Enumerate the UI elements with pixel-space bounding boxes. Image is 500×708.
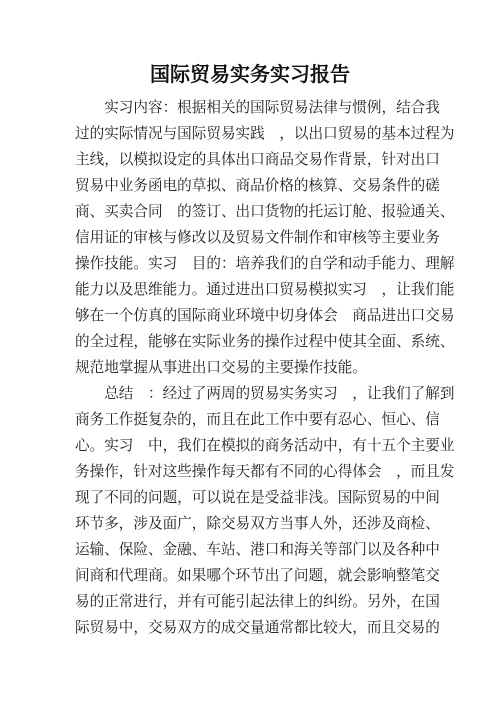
paragraph-line: 务操作，针对这些操作每天都有不同的心得体会 ，而且发 [75,462,427,482]
paragraph-line: 够在一个仿真的国际商业环境中切身体会 商品进出口交易 [75,306,427,326]
paragraph-line: 能力以及思维能力。通过进出口贸易模拟实习 ，让我们能 [75,280,427,300]
paragraph-line: 贸易中业务函电的草拟、商品价格的核算、交易条件的磋 [75,176,427,196]
paragraph-line: 运输、保险、金融、车站、港口和海关等部门以及各种中 [75,540,427,560]
paragraph-line: 信用证的审核与修改以及贸易文件制作和审核等主要业务 [75,228,427,248]
paragraph-line: 实习内容：根据相关的国际贸易法律与惯例，结合我 [75,98,427,118]
paragraph-line: 的全过程，能够在实际业务的操作过程中使其全面、系统、 [75,332,427,352]
paragraph-line: 规范地掌握从事进出口交易的主要操作技能。 [75,358,427,378]
paragraph-line: 商、买卖合同 的签订、出口货物的托运订舱、报验通关、 [75,202,427,222]
document-page: 国际贸易实务实习报告 实习内容：根据相关的国际贸易法律与惯例，结合我 过的实际情… [0,0,500,708]
paragraph-line: 商务工作挺复杂的，而且在此工作中要有忍心、恒心、信 [75,410,427,430]
paragraph-line: 过的实际情况与国际贸易实践 ，以出口贸易的基本过程为 [75,124,427,144]
paragraph-line: 心。实习 中，我们在模拟的商务活动中，有十五个主要业 [75,436,427,456]
paragraph-line: 际贸易中，交易双方的成交量通常都比较大，而且交易的 [75,618,427,638]
document-title: 国际贸易实务实习报告 [0,60,500,88]
paragraph-line: 操作技能。实习 目的：培养我们的自学和动手能力、理解 [75,254,427,274]
paragraph-line: 间商和代理商。如果哪个环节出了问题，就会影响整笔交 [75,566,427,586]
paragraph-line: 主线，以模拟设定的具体出口商品交易作背景，针对出口 [75,150,427,170]
paragraph-line: 总结 ：经过了两周的贸易实务实习 ，让我们了解到 [75,384,427,404]
paragraph-line: 现了不同的问题，可以说在是受益非浅。国际贸易的中间 [75,488,427,508]
paragraph-line: 环节多，涉及面广，除交易双方当事人外，还涉及商检、 [75,514,427,534]
paragraph-line: 易的正常进行，并有可能引起法律上的纠纷。另外，在国 [75,592,427,612]
